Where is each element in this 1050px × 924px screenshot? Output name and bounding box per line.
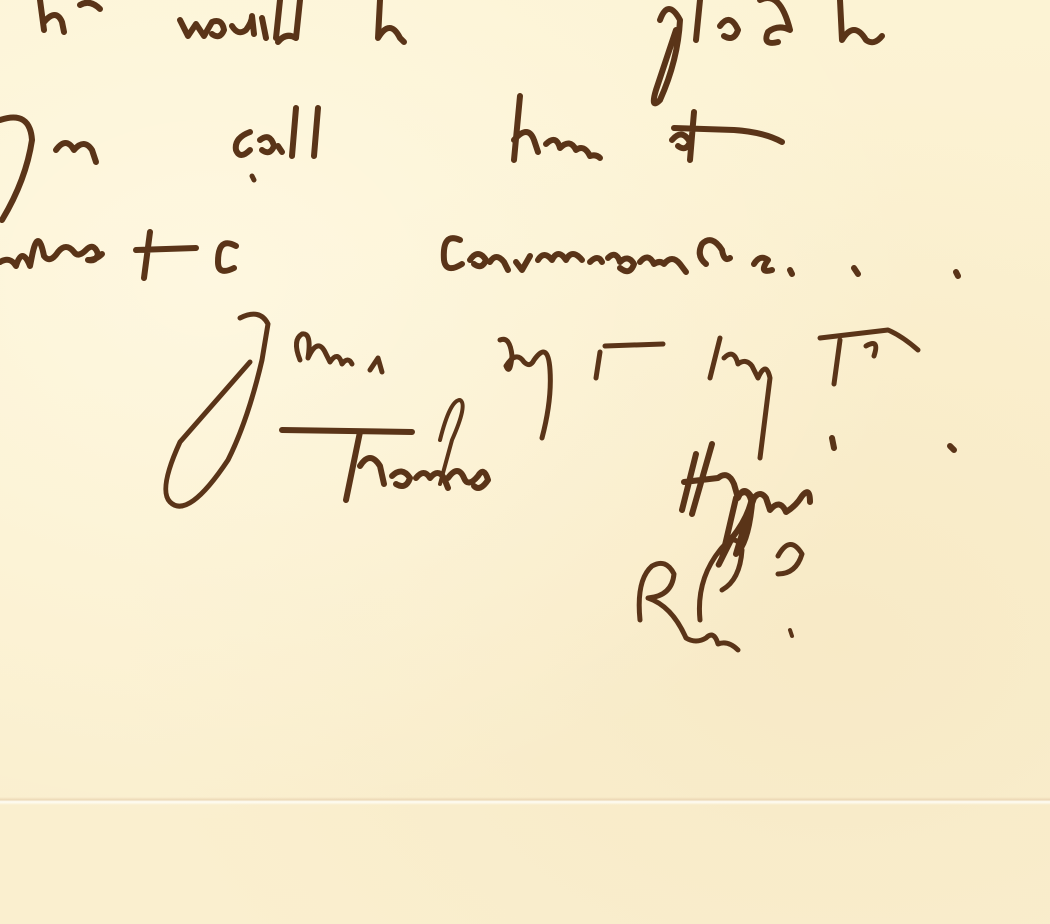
handwriting-ink — [0, 0, 1050, 924]
letter-page: he would be glad you call him at earlies… — [0, 0, 1050, 924]
closing-strokes — [166, 314, 918, 506]
signature-strokes — [282, 400, 954, 565]
line-2-strokes — [0, 96, 782, 220]
line-3-strokes — [0, 232, 958, 278]
line-1-strokes — [40, 0, 882, 103]
